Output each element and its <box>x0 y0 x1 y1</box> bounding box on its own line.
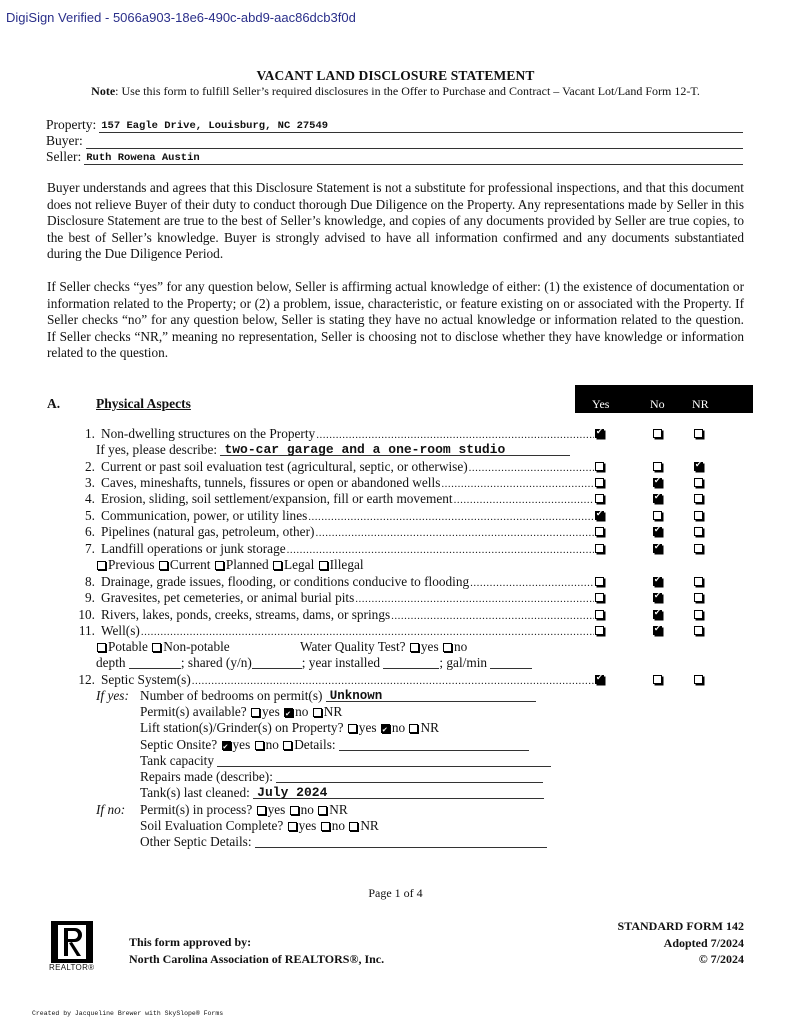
septic-onsite-label: Septic Onsite? <box>140 737 217 752</box>
other-septic-field[interactable] <box>255 834 547 848</box>
no-label: no <box>295 704 308 719</box>
note-label: Note <box>91 84 115 98</box>
tank-cleaned-label: Tank(s) last cleaned: <box>140 785 250 800</box>
page-number: Page 1 of 4 <box>0 886 791 901</box>
dot-leader <box>470 574 594 591</box>
checkbox-no[interactable] <box>653 527 662 536</box>
column-no: No <box>650 397 665 412</box>
question-number: 11. <box>74 623 95 640</box>
checkbox-yes[interactable] <box>595 429 604 438</box>
shared-label: ; shared (y/n) <box>181 655 252 670</box>
soil-yes-checkbox[interactable] <box>288 822 297 831</box>
checkbox-nr[interactable] <box>694 593 703 602</box>
property-label: Property: <box>46 117 96 133</box>
approval-block: This form approved by: North Carolina As… <box>129 934 384 967</box>
checkbox-no[interactable] <box>653 462 662 471</box>
year-label: ; year installed <box>302 655 380 670</box>
dot-leader <box>355 590 594 607</box>
repairs-label: Repairs made (describe): <box>140 769 273 784</box>
seller-value[interactable]: Ruth Rowena Austin <box>86 152 199 164</box>
checkbox-no[interactable] <box>653 610 662 619</box>
yes-label: yes <box>299 818 317 833</box>
realtor-r-icon <box>58 925 86 959</box>
question-text: Gravesites, pet cemeteries, or animal bu… <box>101 590 354 607</box>
non-potable-checkbox[interactable] <box>152 643 161 652</box>
document-title: VACANT LAND DISCLOSURE STATEMENT <box>0 68 791 84</box>
question-row: 3.Caves, mineshafts, tunnels, fissures o… <box>74 475 594 492</box>
checkbox-no[interactable] <box>653 593 662 602</box>
dot-leader <box>315 524 594 541</box>
year-field[interactable] <box>383 655 439 669</box>
nr-label: NR <box>324 704 342 719</box>
galmin-label: ; gal/min <box>439 655 487 670</box>
q1-describe-label: If yes, please describe: <box>96 442 217 457</box>
realtor-logo <box>51 921 93 963</box>
property-field[interactable]: Property: 157 Eagle Drive, Louisburg, NC… <box>46 116 743 133</box>
septic-onsite-details-checkbox[interactable] <box>283 741 292 750</box>
in-process-yes-checkbox[interactable] <box>257 806 266 815</box>
q7-illegal-checkbox[interactable] <box>319 561 328 570</box>
water-quality-label: Water Quality Test? <box>300 639 406 654</box>
created-by: Created by Jacqueline Brewer with SkySlo… <box>32 1010 223 1017</box>
form-name: STANDARD FORM 142 <box>618 918 744 935</box>
repairs-field[interactable] <box>276 769 543 783</box>
question-text: Current or past soil evaluation test (ag… <box>101 459 468 476</box>
water-quality-row: Water Quality Test? yes no <box>300 639 467 656</box>
tank-cleaned-value[interactable]: July 2024 <box>257 785 327 802</box>
soil-evaluation-row: Soil Evaluation Complete? yes no NR <box>140 818 379 835</box>
question-number: 8. <box>74 574 95 591</box>
form-adopted: Adopted 7/2024 <box>618 935 744 952</box>
checkbox-nr[interactable] <box>694 675 703 684</box>
checkbox-yes[interactable] <box>595 527 604 536</box>
q7-option-label: Previous <box>108 557 155 572</box>
question-row: 2.Current or past soil evaluation test (… <box>74 459 594 476</box>
q7-legal-checkbox[interactable] <box>273 561 282 570</box>
tank-capacity-row: Tank capacity <box>140 753 551 770</box>
question-text: Landfill operations or junk storage <box>101 541 286 558</box>
question-number: 7. <box>74 541 95 558</box>
column-yes: Yes <box>592 397 609 412</box>
question-number: 4. <box>74 491 95 508</box>
septic-onsite-yes-checkbox[interactable] <box>222 741 231 750</box>
form-copyright: © 7/2024 <box>618 951 744 968</box>
details-label: Details: <box>294 737 335 752</box>
water-quality-yes-checkbox[interactable] <box>410 643 419 652</box>
question-number: 10. <box>74 607 95 624</box>
tank-capacity-field[interactable] <box>217 753 551 767</box>
checkbox-nr[interactable] <box>694 494 703 503</box>
question-row: 10.Rivers, lakes, ponds, creeks, streams… <box>74 607 594 624</box>
checkbox-meaning-paragraph: If Seller checks “yes” for any question … <box>47 279 744 362</box>
in-process-no-checkbox[interactable] <box>290 806 299 815</box>
question-text: Pipelines (natural gas, petroleum, other… <box>101 524 314 541</box>
shared-field[interactable] <box>252 655 302 669</box>
checkbox-yes[interactable] <box>595 626 604 635</box>
tank-cleaned-field[interactable]: July 2024 <box>253 785 544 799</box>
dot-leader <box>441 475 594 492</box>
checkbox-no[interactable] <box>653 577 662 586</box>
dot-leader <box>469 459 594 476</box>
soil-no-checkbox[interactable] <box>321 822 330 831</box>
lift-station-nr-checkbox[interactable] <box>409 724 418 733</box>
checkbox-nr[interactable] <box>694 610 703 619</box>
other-septic-label: Other Septic Details: <box>140 834 252 849</box>
permits-available-label: Permit(s) available? <box>140 704 247 719</box>
nr-label: NR <box>360 818 378 833</box>
yes-label: yes <box>359 720 377 735</box>
q7-option-label: Legal <box>284 557 314 572</box>
question-number: 12. <box>74 672 95 689</box>
question-text: Caves, mineshafts, tunnels, fissures or … <box>101 475 440 492</box>
checkbox-no[interactable] <box>653 478 662 487</box>
checkbox-nr[interactable] <box>694 429 703 438</box>
seller-label: Seller: <box>46 149 81 165</box>
tank-capacity-label: Tank capacity <box>140 753 214 768</box>
question-row: 8.Drainage, grade issues, flooding, or c… <box>74 574 594 591</box>
q7-option-label: Current <box>170 557 211 572</box>
question-text: Well(s) <box>101 623 140 640</box>
checkbox-nr[interactable] <box>694 577 703 586</box>
septic-onsite-row: Septic Onsite? yes no Details: <box>140 737 529 754</box>
digisign-verification: DigiSign Verified - 5066a903-18e6-490c-a… <box>6 10 356 25</box>
question-number: 9. <box>74 590 95 607</box>
q1-describe-row: If yes, please describe: two-car garage … <box>96 442 570 459</box>
permits-in-process-row: Permit(s) in process? yes no NR <box>140 802 348 819</box>
dot-leader <box>192 672 594 689</box>
checkbox-nr[interactable] <box>694 462 703 471</box>
dot-leader <box>316 426 594 443</box>
checkbox-no[interactable] <box>653 675 662 684</box>
water-quality-no-checkbox[interactable] <box>443 643 452 652</box>
question-text: Septic System(s) <box>101 672 191 689</box>
q7-planned-checkbox[interactable] <box>215 561 224 570</box>
dot-leader <box>141 623 594 640</box>
question-number: 6. <box>74 524 95 541</box>
checkbox-no[interactable] <box>653 494 662 503</box>
checkbox-no[interactable] <box>653 544 662 553</box>
yes-label: yes <box>233 737 251 752</box>
dot-leader <box>287 541 594 558</box>
buyer-label: Buyer: <box>46 133 83 149</box>
checkbox-nr[interactable] <box>694 478 703 487</box>
checkbox-yes[interactable] <box>595 478 604 487</box>
q1-describe-field[interactable]: two-car garage and a one-room studio <box>220 442 570 456</box>
soil-evaluation-label: Soil Evaluation Complete? <box>140 818 283 833</box>
galmin-field[interactable] <box>490 655 532 669</box>
dot-leader <box>308 508 594 525</box>
potable-checkbox[interactable] <box>97 643 106 652</box>
checkbox-yes[interactable] <box>595 494 604 503</box>
checkbox-yes[interactable] <box>595 511 604 520</box>
note-text: : Use this form to fulfill Seller’s requ… <box>115 84 700 98</box>
question-row: 1.Non-dwelling structures on the Propert… <box>74 426 594 443</box>
realtor-logo-text: REALTOR® <box>49 963 94 972</box>
checkbox-nr[interactable] <box>694 626 703 635</box>
yes-label: yes <box>268 802 286 817</box>
lift-station-label: Lift station(s)/Grinder(s) on Property? <box>140 720 343 735</box>
checkbox-yes[interactable] <box>595 544 604 553</box>
q7-options: Previous Current Planned Legal Illegal <box>96 557 364 574</box>
permits-available-yes-checkbox[interactable] <box>251 708 260 717</box>
question-text: Communication, power, or utility lines <box>101 508 307 525</box>
bedrooms-label: Number of bedrooms on permit(s) <box>140 688 322 703</box>
question-number: 1. <box>74 426 95 443</box>
section-letter: A. <box>47 396 60 412</box>
septic-details-field[interactable] <box>339 737 529 751</box>
question-row: 4.Erosion, sliding, soil settlement/expa… <box>74 491 594 508</box>
property-value[interactable]: 157 Eagle Drive, Louisburg, NC 27549 <box>101 120 328 132</box>
checkbox-no[interactable] <box>653 511 662 520</box>
question-row: 6.Pipelines (natural gas, petroleum, oth… <box>74 524 594 541</box>
disclaimer-paragraph: Buyer understands and agrees that this D… <box>47 180 744 263</box>
question-text: Non-dwelling structures on the Property <box>101 426 315 443</box>
bedrooms-value[interactable]: Unknown <box>330 688 383 705</box>
association-name: North Carolina Association of REALTORS®,… <box>129 951 384 968</box>
question-number: 3. <box>74 475 95 492</box>
no-label: no <box>301 802 314 817</box>
nr-label: NR <box>420 720 438 735</box>
lift-station-yes-checkbox[interactable] <box>348 724 357 733</box>
nr-label: NR <box>329 802 347 817</box>
question-row: 9.Gravesites, pet cemeteries, or animal … <box>74 590 594 607</box>
yes-label: yes <box>262 704 280 719</box>
question-text: Rivers, lakes, ponds, creeks, streams, d… <box>101 607 390 624</box>
soil-nr-checkbox[interactable] <box>349 822 358 831</box>
no-label: no <box>332 818 345 833</box>
q7-option-label: Planned <box>226 557 269 572</box>
seller-field[interactable]: Seller: Ruth Rowena Austin <box>46 148 743 165</box>
water-quality-yes-label: yes <box>421 639 439 654</box>
checkbox-yes[interactable] <box>595 593 604 602</box>
q7-previous-checkbox[interactable] <box>97 561 106 570</box>
no-label: no <box>266 737 279 752</box>
well-details-row: depth ; shared (y/n); year installed ; g… <box>96 655 532 672</box>
dot-leader <box>391 607 594 624</box>
repairs-row: Repairs made (describe): <box>140 769 543 786</box>
checkbox-nr[interactable] <box>694 544 703 553</box>
non-potable-label: Non-potable <box>163 639 229 654</box>
checkbox-no[interactable] <box>653 626 662 635</box>
column-nr: NR <box>692 397 709 412</box>
lift-station-no-checkbox[interactable] <box>381 724 390 733</box>
checkbox-yes[interactable] <box>595 675 604 684</box>
dot-leader <box>454 491 594 508</box>
depth-label: depth <box>96 655 126 670</box>
checkbox-nr[interactable] <box>694 511 703 520</box>
question-row: 7.Landfill operations or junk storage <box>74 541 594 558</box>
document-note: Note: Use this form to fulfill Seller’s … <box>0 84 791 99</box>
potable-label: Potable <box>108 639 148 654</box>
approved-by: This form approved by: <box>129 934 384 951</box>
checkbox-yes[interactable] <box>595 610 604 619</box>
question-number: 2. <box>74 459 95 476</box>
permits-available-row: Permit(s) available? yes no NR <box>140 704 342 721</box>
question-text: Erosion, sliding, soil settlement/expans… <box>101 491 453 508</box>
no-label: no <box>392 720 405 735</box>
q7-current-checkbox[interactable] <box>159 561 168 570</box>
lift-station-row: Lift station(s)/Grinder(s) on Property? … <box>140 720 439 737</box>
q1-describe-value[interactable]: two-car garage and a one-room studio <box>224 442 505 459</box>
tank-cleaned-row: Tank(s) last cleaned: July 2024 <box>140 785 544 802</box>
section-title: Physical Aspects <box>96 396 191 412</box>
form-info: STANDARD FORM 142 Adopted 7/2024 © 7/202… <box>618 918 744 968</box>
permits-available-nr-checkbox[interactable] <box>313 708 322 717</box>
in-process-nr-checkbox[interactable] <box>318 806 327 815</box>
permits-in-process-label: Permit(s) in process? <box>140 802 252 817</box>
question-row: 5.Communication, power, or utility lines <box>74 508 594 525</box>
septic-if-yes-label: If yes: <box>96 688 129 705</box>
question-row: 11.Well(s) <box>74 623 594 640</box>
bedrooms-field[interactable]: Unknown <box>326 688 536 702</box>
q7-option-label: Illegal <box>330 557 364 572</box>
checkbox-no[interactable] <box>653 429 662 438</box>
checkbox-nr[interactable] <box>694 527 703 536</box>
question-row: 12.Septic System(s) <box>74 672 594 689</box>
septic-if-no-label: If no: <box>96 802 125 819</box>
question-text: Drainage, grade issues, flooding, or con… <box>101 574 469 591</box>
septic-onsite-no-checkbox[interactable] <box>255 741 264 750</box>
answer-column-header: Yes No NR <box>575 385 753 413</box>
depth-field[interactable] <box>129 655 181 669</box>
checkbox-yes[interactable] <box>595 462 604 471</box>
buyer-field[interactable]: Buyer: <box>46 132 743 149</box>
other-septic-row: Other Septic Details: <box>140 834 547 851</box>
checkbox-yes[interactable] <box>595 577 604 586</box>
bedrooms-row: Number of bedrooms on permit(s) Unknown <box>140 688 536 705</box>
water-quality-no-label: no <box>454 639 467 654</box>
q11-type-row: Potable Non-potable <box>96 639 230 656</box>
question-number: 5. <box>74 508 95 525</box>
permits-available-no-checkbox[interactable] <box>284 708 293 717</box>
